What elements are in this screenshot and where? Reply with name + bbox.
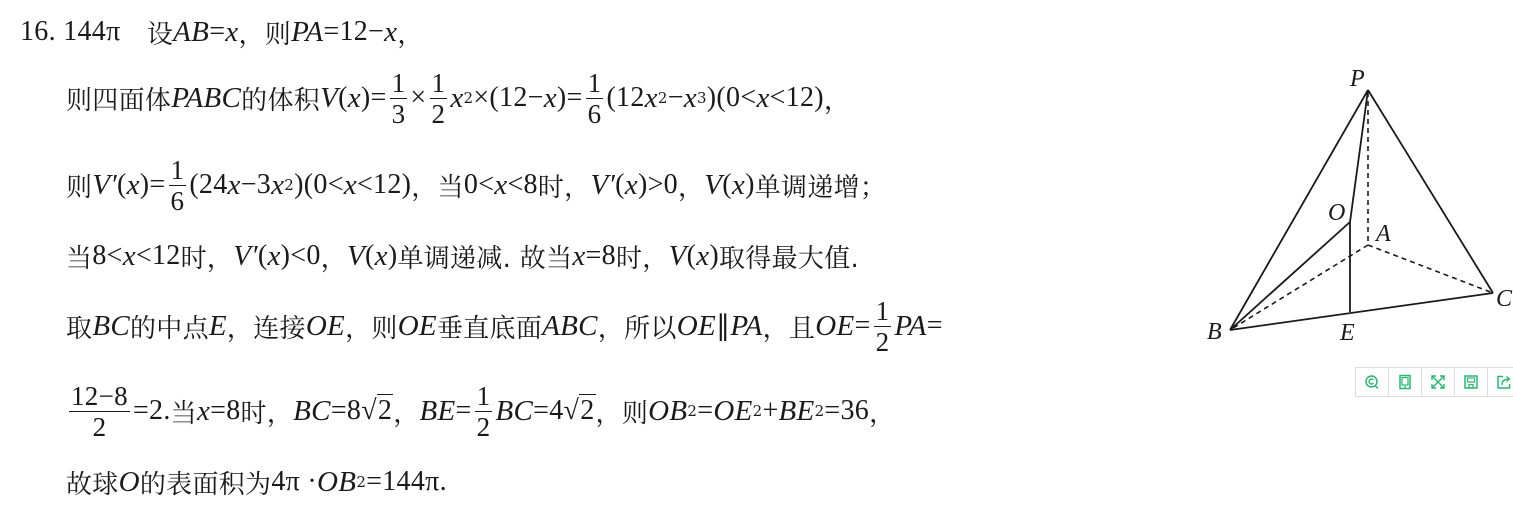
radicand: 2 (377, 394, 393, 426)
save-button[interactable] (1455, 368, 1488, 396)
math-number: <12) (357, 169, 411, 201)
math-number: =144π. (366, 466, 447, 498)
solution-line-1: 16. 144π 设 AB=x，则 PA=12−x， (20, 2, 424, 62)
math-number: =8 (331, 395, 361, 427)
math-number: (12 (606, 82, 644, 114)
text-run: 单调递减. 故当 (397, 238, 572, 275)
math-number: )<0 (281, 240, 321, 272)
label-a: A (1374, 221, 1391, 247)
text-run: ， (321, 238, 347, 275)
fraction: 13 (390, 68, 408, 129)
math-number: × (410, 82, 426, 114)
label-p: P (1349, 66, 1365, 92)
text-run: 时， (181, 238, 234, 275)
solution-line-6: 12−82=2. 当 x=8 时，BC=8√2，BE=12BC=4√2，则 OB… (66, 381, 895, 441)
fraction-numerator: 1 (169, 155, 187, 186)
text-run: 的体积 (241, 80, 320, 117)
math-variable: x (696, 240, 709, 273)
fraction: 16 (169, 155, 187, 216)
math-variable: V′ (590, 169, 615, 202)
text-run: ，则 (345, 308, 398, 345)
math-variable: PA (894, 310, 926, 343)
text-run: ， (824, 80, 850, 117)
math-variable: x (684, 82, 697, 115)
math-variable: OE (306, 310, 345, 343)
fraction: 12 (475, 381, 493, 442)
math-number: )>0 (638, 169, 678, 201)
math-number: <12) (770, 82, 824, 114)
fraction-numerator: 1 (874, 296, 892, 327)
fraction-numerator: 1 (430, 68, 448, 99)
radical-sign: √ (564, 395, 580, 426)
math-variable: x (271, 169, 284, 202)
math-variable: OE (815, 310, 854, 343)
fraction-denominator: 6 (169, 186, 187, 216)
text-run: 垂直底面 (437, 308, 542, 345)
fraction: 12 (874, 296, 892, 357)
text-run: 时， (241, 393, 294, 430)
math-variable: OB (317, 466, 356, 499)
math-variable: x (197, 395, 210, 428)
fraction-numerator: 1 (475, 381, 493, 412)
fraction-denominator: 3 (390, 99, 408, 129)
math-number: = (209, 16, 225, 48)
expand-icon (1430, 374, 1446, 390)
fraction-denominator: 2 (874, 327, 892, 357)
fraction-denominator: 2 (430, 99, 448, 129)
label-o: O (1328, 200, 1345, 226)
math-variable: x (645, 82, 658, 115)
text-run: 则 (66, 167, 92, 204)
text-run: 取 (66, 308, 92, 345)
text-run: 时， (616, 238, 669, 275)
math-variable: x (228, 169, 241, 202)
math-number: = (697, 395, 713, 427)
edge-pb (1230, 90, 1368, 330)
math-variable: x (123, 240, 136, 273)
square-root: √2 (361, 395, 393, 427)
math-number: ) (745, 169, 755, 201)
search-icon (1364, 374, 1380, 390)
math-number: =8 (586, 240, 616, 272)
fraction-denominator: 6 (586, 99, 604, 129)
math-number: <8 (507, 169, 537, 201)
text-run: 则四面体 (66, 80, 171, 117)
math-number: =12− (323, 16, 384, 48)
math-number: = (456, 395, 472, 427)
fraction-denominator: 2 (91, 412, 109, 442)
radical-sign: √ (361, 395, 377, 426)
text-run: ， (393, 393, 419, 430)
math-number: ) (388, 240, 398, 272)
math-variable: PA (291, 16, 323, 49)
solution-line-5: 取 BC 的中点 E，连接 OE，则 OE 垂直底面 ABC，所以 OE∥PA，… (66, 296, 943, 356)
math-number: )(0< (294, 169, 344, 201)
text-run: ，当 (411, 167, 464, 204)
square-root: √2 (564, 395, 596, 427)
math-variable: x (225, 16, 238, 49)
math-variable: PA (730, 310, 762, 343)
text-run: ，所以 (598, 308, 677, 345)
math-variable: BC (92, 310, 130, 343)
math-variable: V (669, 240, 687, 273)
math-variable: ABC (542, 310, 598, 343)
math-variable: V′ (233, 240, 258, 273)
math-variable: BE (779, 395, 815, 428)
math-variable: x (268, 240, 281, 273)
math-number: ( (615, 169, 625, 201)
math-variable: BC (293, 395, 331, 428)
math-variable: x (375, 240, 388, 273)
math-number: ( (117, 169, 127, 201)
text-run: ，连接 (227, 308, 306, 345)
math-number: (24 (189, 169, 227, 201)
text-run: 故球 (66, 464, 119, 501)
fraction-numerator: 1 (586, 68, 604, 99)
math-variable: x (384, 16, 397, 49)
math-number: + (762, 395, 778, 427)
solution-line-7: 故球 O 的表面积为 4π · OB2=144π. (66, 452, 447, 507)
math-variable: x (450, 82, 463, 115)
math-number: ( (338, 82, 348, 114)
math-variable: x (344, 169, 357, 202)
math-variable: OE (398, 310, 437, 343)
text-run: 取得最大值. (719, 238, 859, 275)
math-variable: x (732, 169, 745, 202)
math-number: =2. (133, 395, 171, 427)
math-variable: x (348, 82, 361, 115)
search-button[interactable] (1356, 368, 1389, 396)
solution-line-4: 当 8<x<12 时，V′(x)<0，V(x)单调递减. 故当 x=8 时，V(… (66, 226, 859, 286)
image-toolbar (1355, 367, 1513, 397)
text-run: 单调递增； (755, 167, 887, 204)
text-run: 时， (538, 167, 591, 204)
math-number: =36 (824, 395, 869, 427)
math-variable: x (572, 240, 585, 273)
math-variable: x (756, 82, 769, 115)
radicand: 2 (579, 394, 595, 426)
math-variable: PABC (171, 82, 241, 115)
math-number: ( (365, 240, 375, 272)
math-number: ) (709, 240, 719, 272)
text-run: 的中点 (130, 308, 209, 345)
math-number: ( (722, 169, 732, 201)
math-variable: E (209, 310, 227, 343)
share-icon (1496, 374, 1512, 390)
edge-ab-hidden (1230, 245, 1368, 330)
math-number: =8 (210, 395, 240, 427)
fraction: 16 (586, 68, 604, 129)
share-button[interactable] (1488, 368, 1513, 396)
fraction-denominator: 2 (475, 412, 493, 442)
math-number: −3 (241, 169, 271, 201)
math-number: ∥ (716, 309, 730, 343)
math-number: 16. 144 (20, 16, 106, 48)
math-number: ( (258, 240, 268, 272)
math-variable: V (320, 82, 338, 115)
solution-line-3: 则 V′(x)=16(24x−3x2)(0<x<12)，当 0<x<8 时，V′… (66, 155, 886, 215)
math-number: )= (557, 82, 583, 114)
math-number: 4π · (271, 466, 317, 498)
math-variable: BE (420, 395, 456, 428)
text-run: ，且 (763, 308, 816, 345)
text-run: 当 (171, 393, 197, 430)
edge-pc (1368, 90, 1493, 293)
math-variable: x (544, 82, 557, 115)
label-b: B (1207, 319, 1222, 345)
math-number: = (854, 310, 870, 342)
math-number: − (668, 82, 684, 114)
math-number: 0< (464, 169, 494, 201)
fraction: 12 (430, 68, 448, 129)
fraction-numerator: 12−8 (69, 381, 130, 412)
math-number: ( (687, 240, 697, 272)
label-e: E (1339, 320, 1355, 346)
fraction-numerator: 1 (390, 68, 408, 99)
text-run: 设 (121, 14, 174, 51)
math-variable: O (119, 466, 140, 499)
math-variable: x (494, 169, 507, 202)
math-number: )= (140, 169, 166, 201)
math-number: π (106, 16, 120, 48)
tablet-icon (1397, 374, 1413, 390)
segment-ob (1230, 222, 1350, 330)
math-variable: AB (173, 16, 209, 49)
math-number: <12 (136, 240, 181, 272)
math-variable: V′ (92, 169, 117, 202)
solution-line-2: 则四面体 PABC 的体积 V(x)=13×12x2×(12−x)=16(12x… (66, 68, 850, 128)
math-number: )(0< (707, 82, 757, 114)
text-run: 当 (66, 238, 92, 275)
math-variable: x (625, 169, 638, 202)
label-c: C (1496, 286, 1513, 312)
text-run: ， (869, 393, 895, 430)
math-variable: V (704, 169, 722, 202)
math-number: =4 (533, 395, 563, 427)
math-number: ×(12− (473, 82, 543, 114)
tablet-view-button[interactable] (1389, 368, 1422, 396)
math-number: = (927, 310, 943, 342)
math-variable: BC (495, 395, 533, 428)
math-variable: OE (677, 310, 716, 343)
tetrahedron-diagram: P O A B C E (1195, 60, 1513, 350)
math-number: )= (361, 82, 387, 114)
math-variable: x (127, 169, 140, 202)
fullscreen-button[interactable] (1422, 368, 1455, 396)
text-run: ， (397, 14, 423, 51)
edge-bc (1230, 293, 1493, 330)
text-run: ，则 (596, 393, 649, 430)
text-run: 的表面积为 (140, 464, 272, 501)
segment-po (1350, 90, 1368, 222)
math-variable: V (347, 240, 365, 273)
text-run: ，则 (238, 14, 291, 51)
text-run: ， (678, 167, 704, 204)
math-variable: OE (713, 395, 752, 428)
fraction: 12−82 (69, 381, 130, 442)
edge-ac-hidden (1368, 245, 1493, 293)
save-icon (1463, 374, 1479, 390)
math-variable: OB (648, 395, 687, 428)
math-number: 8< (92, 240, 122, 272)
